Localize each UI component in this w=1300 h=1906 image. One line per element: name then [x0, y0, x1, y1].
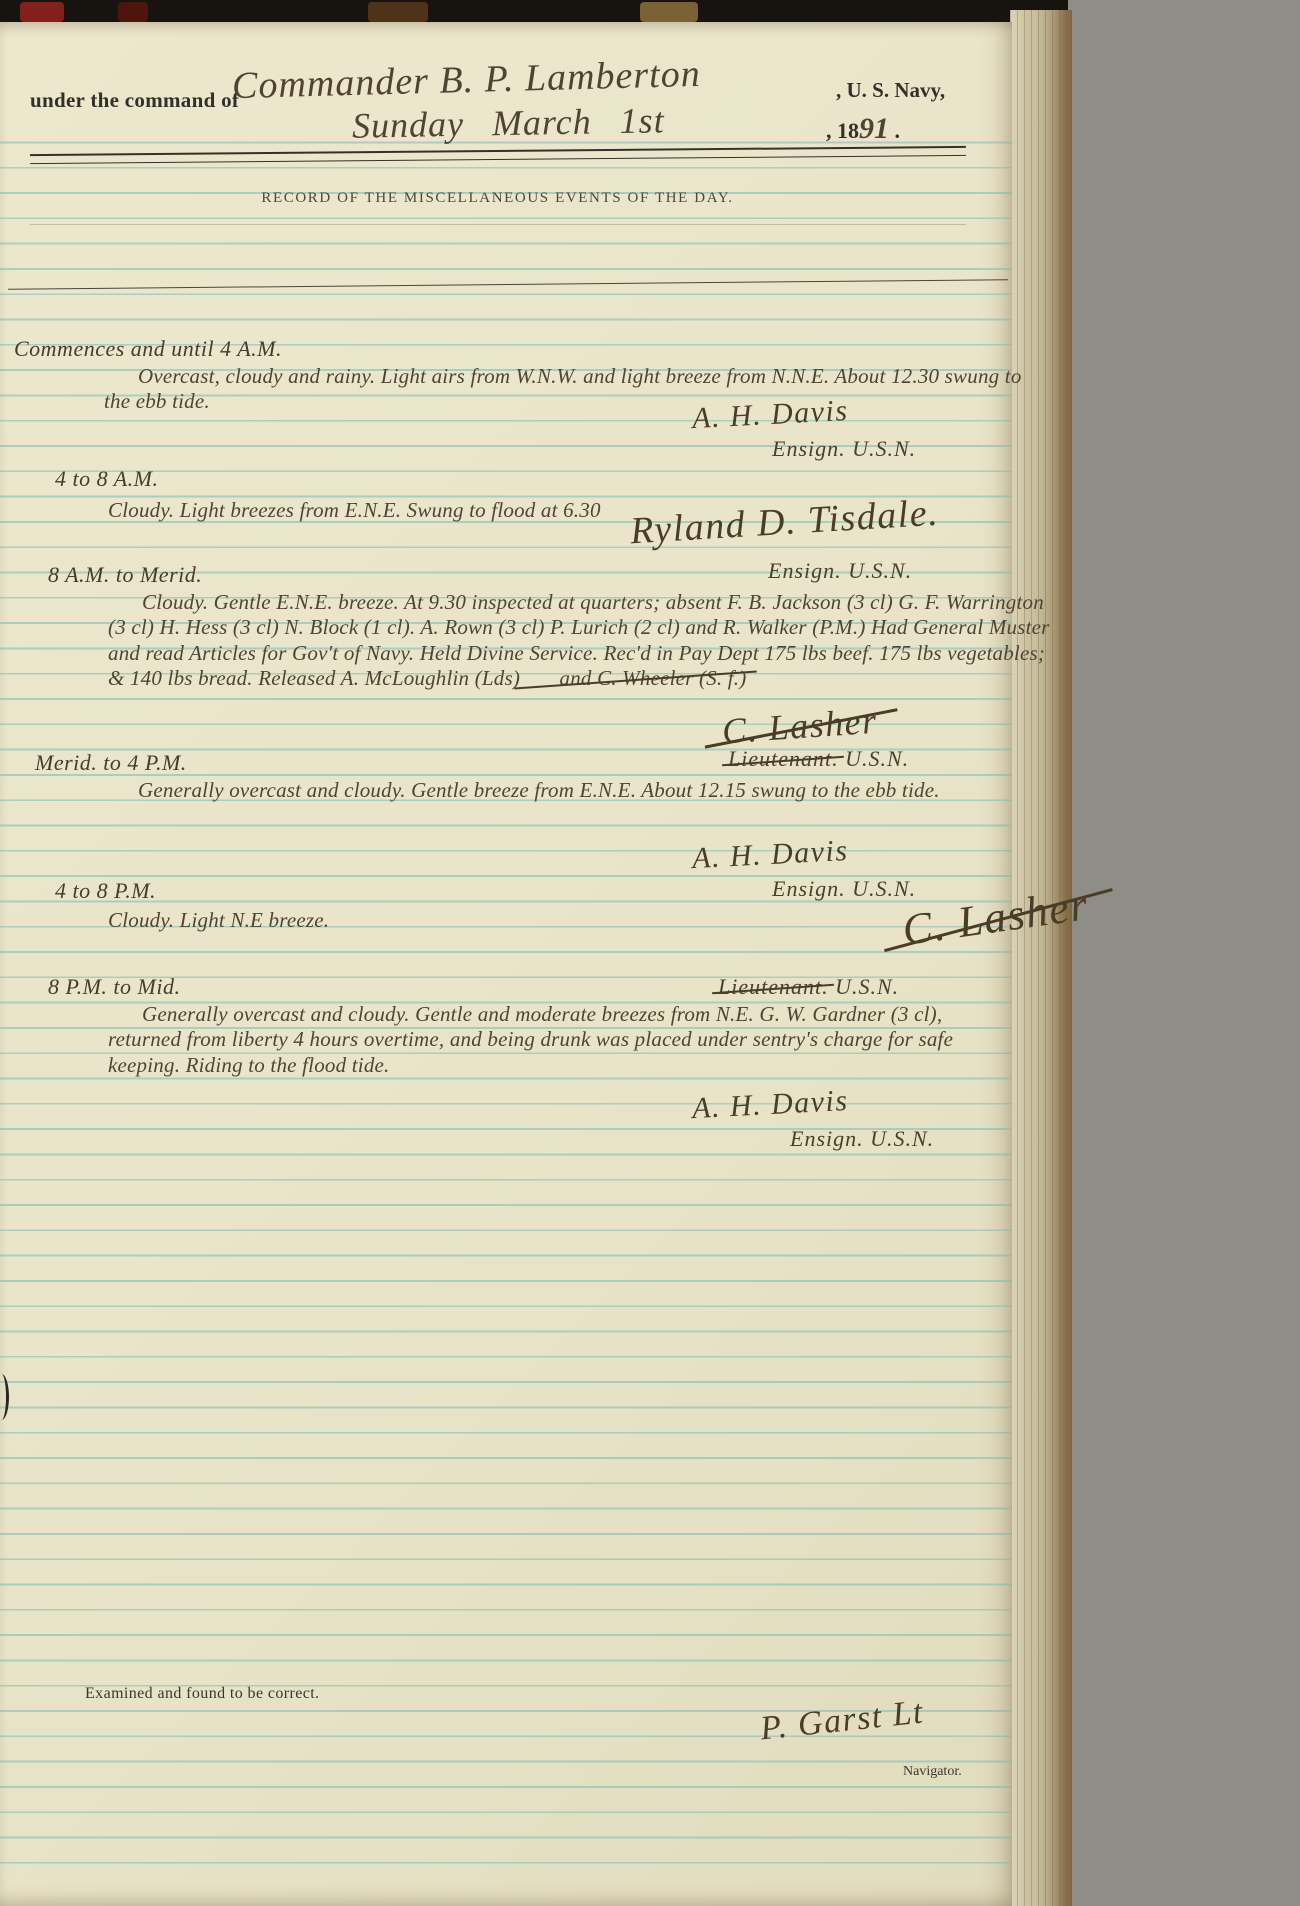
signature-davis-1: A. H. Davis: [691, 394, 849, 436]
section-title: RECORD OF THE MISCELLANEOUS EVENTS OF TH…: [30, 190, 965, 207]
rank-lasher-2: Lieutenant. U.S.N.: [718, 974, 899, 1000]
entry-label-8pmtomid: 8 P.M. to Mid.: [48, 974, 180, 1000]
rank-tail-usn: U.S.N.: [839, 746, 910, 771]
entry-label-4to8pm: 4 to 8 P.M.: [55, 878, 156, 904]
page-edge-notch: [0, 1374, 9, 1420]
year-period: .: [889, 118, 900, 143]
signature-davis-3: A. H. Davis: [691, 1084, 849, 1126]
navigator-label: Navigator.: [903, 1764, 962, 1780]
rank-struck-lieutenant: Lieutenant.: [728, 746, 839, 772]
signature-lasher-1: C. Lasher: [721, 700, 879, 753]
entry-text-commences: Overcast, cloudy and rainy. Light airs f…: [34, 364, 1024, 415]
rank-lasher-1: Lieutenant. U.S.N.: [728, 746, 909, 772]
year-line: , 1891 .: [826, 112, 900, 146]
entry-text-8amtomerid: Cloudy. Gentle E.N.E. breeze. At 9.30 in…: [38, 590, 1054, 691]
rank-davis-1: Ensign. U.S.N.: [772, 436, 916, 462]
entry-label-8amtomerid: 8 A.M. to Merid.: [48, 562, 202, 588]
title-underline: [30, 224, 966, 225]
entry-label-commences: Commences and until 4 A.M.: [14, 336, 282, 362]
binding-darkred-patch: [118, 2, 148, 22]
navy-suffix: , U. S. Navy,: [836, 78, 945, 103]
rank-struck-lieutenant-2: Lieutenant.: [718, 974, 829, 1000]
logbook-page: under the command of Commander B. P. Lam…: [0, 22, 1012, 1906]
entry-text-8pmtomid: Generally overcast and cloudy. Gentle an…: [38, 1002, 1018, 1078]
table-backdrop: [1068, 0, 1300, 1906]
entry-text-struck: and C. Wheeler (S. f.): [526, 666, 747, 691]
entry-label-meridto4pm: Merid. to 4 P.M.: [35, 750, 187, 776]
rank-davis-2: Ensign. U.S.N.: [772, 876, 916, 902]
rank-davis-3: Ensign. U.S.N.: [790, 1126, 934, 1152]
rank-tisdale: Ensign. U.S.N.: [768, 558, 912, 584]
entry-text-4to8pm: Cloudy. Light N.E breeze.: [108, 908, 628, 933]
binding-red-patch: [20, 2, 64, 22]
binding-tan-patch: [640, 2, 698, 22]
signature-davis-2: A. H. Davis: [691, 834, 849, 876]
year-handwritten: 91: [859, 112, 889, 145]
header-double-rule: [30, 146, 966, 164]
entry-text-meridto4pm: Generally overcast and cloudy. Gentle br…: [34, 778, 1024, 803]
examined-statement: Examined and found to be correct.: [85, 1685, 319, 1703]
binding-brown-patch: [368, 2, 428, 22]
rank-tail-usn-2: U.S.N.: [829, 974, 900, 999]
command-preamble: under the command of: [30, 88, 239, 113]
date-handwritten: Sunday March 1st: [352, 99, 665, 146]
entry-label-4to8am: 4 to 8 A.M.: [55, 466, 158, 492]
stacked-page-edges: [1010, 10, 1072, 1906]
signature-navigator: P. Garst Lt: [758, 1694, 925, 1749]
body-top-rule: [8, 279, 1008, 290]
year-prefix: , 18: [826, 118, 859, 143]
